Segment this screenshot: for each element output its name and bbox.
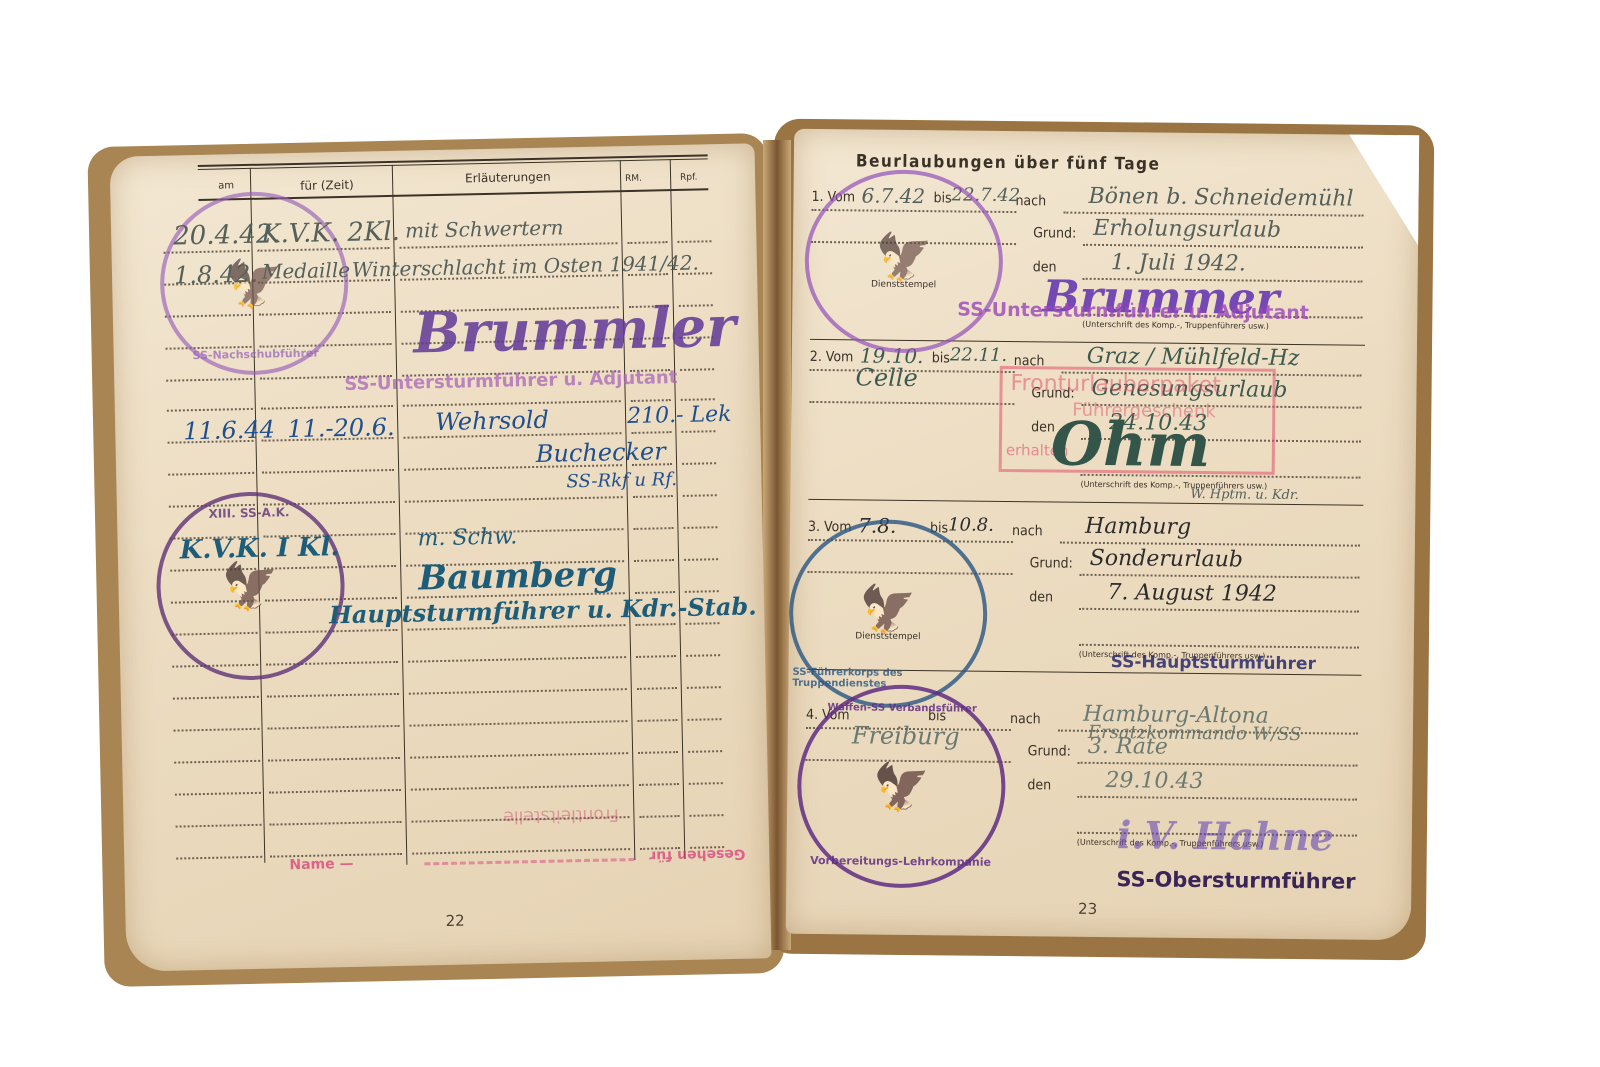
signature-1: Brummler — [413, 294, 737, 367]
leave-bis-value: 10.8. — [948, 514, 994, 535]
col-header-rm: RM. — [625, 174, 642, 184]
dotted-row-line — [270, 821, 402, 826]
signature-2: Baumberg — [418, 554, 617, 598]
dotted-row-line — [637, 719, 677, 722]
dotted-row-line — [639, 815, 679, 818]
dotted-row-line — [176, 824, 262, 828]
dotted-row-line — [166, 378, 252, 382]
entry-2-date: 1.8.42. — [174, 260, 259, 290]
page-number-right: 23 — [1078, 900, 1097, 918]
dotted-row-line — [635, 623, 675, 626]
col-header-erlaeuterungen: Erläuterungen — [465, 170, 551, 186]
leave-vom-label: 2. Vom — [810, 349, 854, 365]
dotted-row-line — [681, 430, 715, 433]
leave-4-rank-stamp: SS-Obersturmführer — [1116, 867, 1355, 894]
dotted-row-line — [634, 559, 674, 562]
dotted-row-line — [631, 399, 671, 402]
red-stamp-line-1: Fronturlauberpaket — [1010, 371, 1221, 398]
entry-3-amount: 210.- Lek — [627, 402, 732, 429]
dotted-row-line — [269, 789, 401, 794]
leave-bis-value: 22.11. — [950, 344, 1007, 366]
dotted-row-line — [408, 656, 626, 663]
stamp-4-ring-text-bottom: Vorbereitungs-Lehrkompanie — [810, 854, 991, 869]
dotted-row-line — [173, 696, 259, 700]
dotted-row-line — [639, 783, 679, 786]
page-number-left: 22 — [445, 912, 464, 930]
dotted-row-line — [627, 241, 667, 244]
entry-2-note: Winterschlacht im Osten 1941/42. — [352, 251, 699, 282]
leave-grund-label: Grund: — [1030, 555, 1073, 571]
faint-stamp-gesehen: Gesehen für — [649, 846, 745, 864]
leave-grund-label: Grund: — [1028, 743, 1071, 759]
dienststempel-1: 🦅 Dienststempel — [804, 169, 1004, 354]
dotted-row-line — [683, 494, 717, 497]
dienststempel-4: Waffen-SS Verbandsführer 🦅 Vorbereitungs… — [796, 684, 1006, 889]
leave-nach-label: nach — [1010, 711, 1041, 727]
stamp-4-ring-text-top: Waffen-SS Verbandsführer — [827, 702, 976, 715]
leave-nach-value: Hamburg — [1085, 514, 1191, 540]
dotted-row-line — [633, 495, 673, 498]
entry-3-rank: SS-Rkf u Rf. — [566, 469, 677, 492]
right-page: Beurlaubungen über fünf Tage 1. Vombisna… — [786, 129, 1419, 941]
dotted-row-line — [637, 687, 677, 690]
dotted-line — [1079, 644, 1359, 649]
dotted-row-line — [267, 693, 399, 698]
leave-nach-label: nach — [1012, 523, 1043, 539]
leave-4-signature: i.V. Hahne — [1117, 812, 1334, 859]
dienststempel-label: Dienststempel — [855, 631, 920, 642]
leave-3-rank-stamp: SS-Hauptsturmführer — [1111, 652, 1316, 674]
dotted-line — [1080, 574, 1360, 579]
dotted-row-line — [684, 558, 718, 561]
leave-grund-value: Sonderurlaub — [1090, 546, 1243, 573]
dotted-row-line — [409, 688, 627, 695]
dotted-row-line — [677, 240, 711, 243]
entry-3-date: 11.6.44 — [183, 415, 275, 445]
dotted-line — [1078, 762, 1358, 767]
col-header-am: am — [218, 180, 234, 191]
entry-4-award: K.V.K. I Kl. — [179, 532, 339, 565]
leave-1-rank-stamp: SS-Untersturmführer u. Adjutant — [957, 298, 1309, 324]
entry-4-note: m. Schw. — [417, 524, 517, 551]
faint-stamp-line — [424, 858, 634, 865]
col-header-rpf: Rpf. — [680, 173, 698, 183]
leave-extra-value: Celle — [855, 363, 917, 392]
eagle-emblem-icon: 🦅 — [872, 763, 930, 810]
dotted-row-line — [411, 784, 629, 791]
dotted-row-line — [412, 848, 630, 855]
dotted-row-line — [683, 526, 717, 529]
dotted-row-line — [638, 751, 678, 754]
dotted-row-line — [174, 728, 260, 732]
entry-3-period: 11.-20.6. — [287, 413, 395, 443]
dotted-row-line — [682, 462, 716, 465]
leave-grund-label: Grund: — [1033, 225, 1076, 241]
dotted-line — [1077, 796, 1357, 801]
dotted-row-line — [405, 496, 623, 503]
dotted-row-line — [686, 654, 720, 657]
dotted-row-line — [176, 856, 262, 860]
dotted-row-line — [685, 622, 719, 625]
entry-3-signature: Buchecker — [536, 437, 666, 468]
leave-den-label: den — [1027, 777, 1051, 793]
unit-stamp-2: XIII. SS-A.K. 🦅 — [155, 490, 347, 682]
leave-den-value: 7. August 1942 — [1107, 580, 1277, 607]
dotted-row-line — [633, 527, 673, 530]
col-header-fuer-zeit: für (Zeit) — [300, 178, 354, 193]
leave-den-value: 29.10.43 — [1105, 768, 1203, 794]
leave-2-signature: Ohm — [1051, 409, 1211, 481]
stamp-1-ring-text: SS-Nachschubführer — [192, 347, 319, 363]
entry-2-award: Medaille — [262, 258, 351, 284]
dotted-row-line — [268, 725, 400, 730]
dotted-row-line — [681, 398, 715, 401]
faint-stamp-name: Name — — [289, 856, 353, 873]
dotted-row-line — [167, 408, 253, 412]
dotted-row-line — [636, 655, 676, 658]
dotted-row-line — [689, 782, 723, 785]
folded-corner — [1348, 135, 1419, 246]
dotted-row-line — [409, 720, 627, 727]
dotted-row-line — [261, 405, 393, 410]
leave-bis-label: bis — [932, 350, 950, 366]
dotted-row-line — [688, 750, 722, 753]
dienststempel-label: Dienststempel — [871, 279, 936, 290]
dotted-line — [1083, 244, 1363, 249]
left-page: am für (Zeit) Erläuterungen RM. Rpf. 🦅 S… — [110, 143, 772, 971]
dotted-row-line — [687, 718, 721, 721]
dienststempel-3: 🦅 Dienststempel SS-Führerkorps des Trupp… — [788, 519, 988, 709]
dotted-row-line — [410, 752, 628, 759]
dotted-row-line — [689, 814, 723, 817]
entry-1-note: mit Schwertern — [405, 215, 564, 242]
eagle-emblem-icon: 🦅 — [875, 233, 933, 280]
dotted-row-line — [268, 757, 400, 762]
leave-grund-value: Erholungsurlaub — [1093, 216, 1281, 243]
dotted-row-line — [687, 686, 721, 689]
dotted-row-line — [168, 472, 254, 476]
leave-den-label: den — [1029, 589, 1053, 605]
entry-3-note: Wehrsold — [435, 406, 549, 436]
rank-stamp-adjutant: SS-Untersturmführer u. Adjutant — [344, 367, 677, 395]
dotted-row-line — [175, 792, 261, 796]
dotted-row-line — [631, 431, 671, 434]
stamp-2-ring-text: XIII. SS-A.K. — [208, 505, 289, 521]
dotted-row-line — [174, 760, 260, 764]
eagle-emblem-icon: 🦅 — [221, 562, 279, 609]
leave-nach-value: Bönen b. Schneidemühl — [1088, 184, 1353, 212]
faint-stamp-frontleitstelle: Frontleitstelle — [503, 804, 619, 826]
entry-1-award: K.V.K. 2Kl. — [261, 217, 400, 250]
dotted-row-line — [399, 242, 617, 249]
dotted-row-line — [680, 368, 714, 371]
dotted-line — [1079, 608, 1359, 613]
dotted-row-line — [262, 469, 394, 474]
eagle-emblem-icon: 🦅 — [859, 585, 917, 632]
leave-2-signature-note: W. Hptm. u. Kdr. — [1190, 487, 1299, 503]
dotted-line — [809, 401, 1014, 405]
